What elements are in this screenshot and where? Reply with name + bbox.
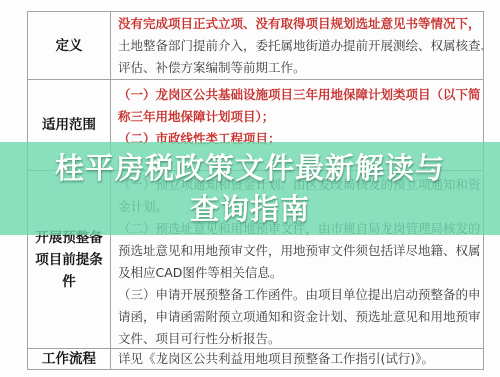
- text-line: 没有完成项目正式立项、没有取得项目规划选址意见书等情况下，: [118, 13, 479, 35]
- text-line: 评估、补偿方案编制等前期工作。: [118, 57, 479, 79]
- row-label-workflow: 工作流程: [28, 349, 111, 369]
- banner-title-line2: 查询指南: [190, 189, 310, 230]
- text-line: （一）龙岗区公共基础设施项目三年用地保障计划类项目（以下简: [118, 84, 479, 106]
- banner-title-line1: 桂平房税政策文件最新解读与: [55, 148, 445, 189]
- text-line: 称三年用地保障计划项目）；: [118, 106, 479, 128]
- text-line: 预选址意见和用地预审文件，用地预审文件须包括详尽地籍、权属: [118, 240, 479, 262]
- row-content-definition: 没有完成项目正式立项、没有取得项目规划选址意见书等情况下， 土地整备部门提前介入…: [111, 12, 483, 79]
- table-row-definition: 定义 没有完成项目正式立项、没有取得项目规划选址意见书等情况下， 土地整备部门提…: [28, 12, 483, 79]
- text-line: （三）申请开展预整备工作函件。由项目单位提出启动预整备的申: [118, 284, 479, 306]
- text-line: 文件、项目可行性分析报告。: [118, 328, 479, 348]
- text-line: 土地整备部门提前介入，委托属地街道办提前开展测绘、权属核查、: [118, 35, 479, 57]
- text-line: 详见《龙岗区公共利益用地项目预整备工作指引(试行)》。: [118, 349, 479, 369]
- text-line: 及相应CAD图件等相关信息。: [118, 262, 479, 284]
- row-label-definition: 定义: [28, 12, 111, 79]
- row-content-workflow: 详见《龙岗区公共利益用地项目预整备工作指引(试行)》。: [111, 349, 483, 369]
- table-row-workflow: 工作流程 详见《龙岗区公共利益用地项目预整备工作指引(试行)》。: [28, 348, 483, 369]
- text-line: 请函，申请函需附预立项通知和资金计划、预选址意见和用地预审: [118, 306, 479, 328]
- title-banner-overlay: 桂平房税政策文件最新解读与 查询指南: [0, 142, 500, 235]
